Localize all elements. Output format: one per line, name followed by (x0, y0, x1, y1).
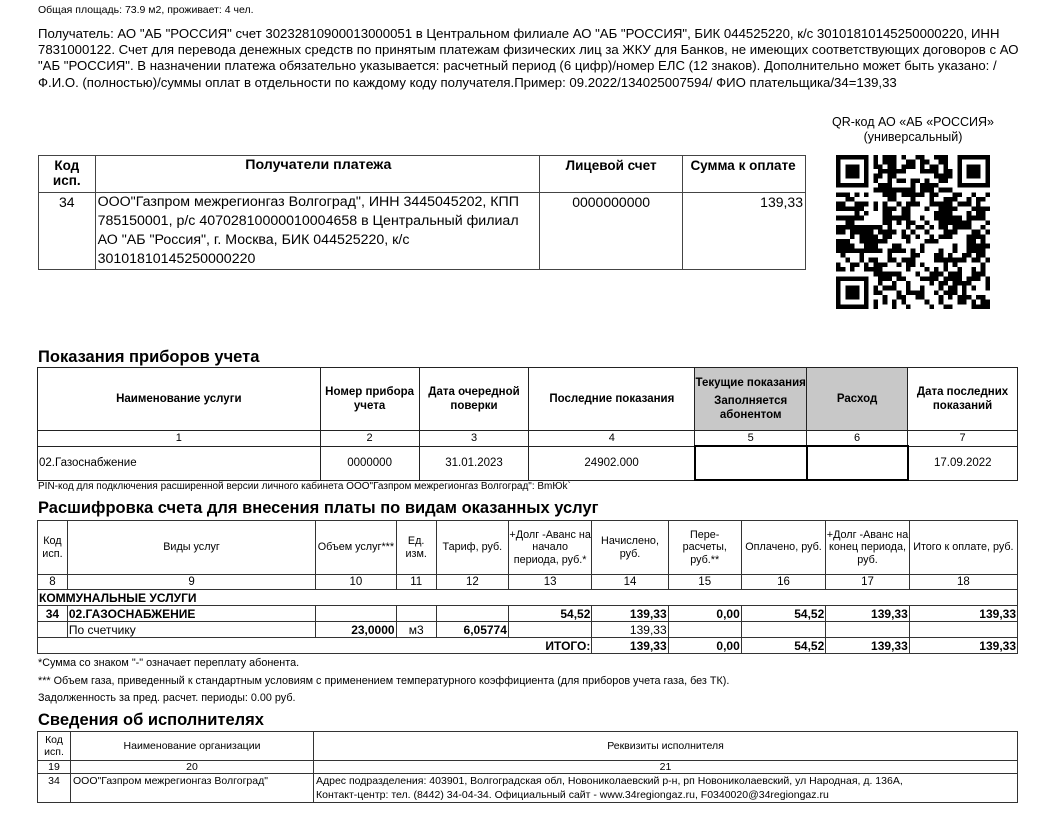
column-header: Оплачено, руб. (741, 521, 826, 575)
column-number: 16 (741, 575, 826, 590)
total-charged: 139,33 (592, 638, 668, 654)
meter-row-charged: 139,33 (592, 622, 668, 638)
svc-total: 139,33 (909, 606, 1017, 622)
column-number: 19 (38, 761, 71, 774)
column-header: Пере-расчеты, руб.** (668, 521, 741, 575)
exec-details: Адрес подразделения: 403901, Волгоградск… (314, 774, 1018, 803)
column-number: 7 (908, 431, 1018, 447)
recipient-details: ООО"Газпром межрегионгаз Волгоград", ИНН… (95, 193, 540, 270)
exec-address: Адрес подразделения: 403901, Волгоградск… (316, 774, 1017, 788)
column-header: +Долг -Аванс на начало периода, руб.* (508, 521, 591, 575)
total-label: ИТОГО: (38, 638, 592, 654)
meter-next-check: 31.01.2023 (419, 446, 529, 480)
header-account: Лицевой счет (540, 156, 683, 193)
column-header: Тариф, руб. (436, 521, 508, 575)
column-header: Виды услуг (67, 521, 315, 575)
table-row: 02.Газоснабжение 0000000 31.01.2023 2490… (38, 446, 1018, 480)
note-overpayment: *Сумма со знаком "-" означает переплату … (38, 657, 299, 669)
total-debt-end: 139,33 (826, 638, 909, 654)
table-row: 34 ООО"Газпром межрегионгаз Волгоград" А… (38, 774, 1018, 803)
total-recalc: 0,00 (668, 638, 741, 654)
meter-row-tariff: 6,05774 (436, 622, 508, 638)
meter-last-date: 17.09.2022 (908, 446, 1018, 480)
header-meter-no: Номер прибора учета (320, 368, 419, 431)
meter-row-volume: 23,0000 (316, 622, 396, 638)
svc-name: 02.ГАЗОСНАБЖЕНИЕ (67, 606, 315, 622)
svc-recalc: 0,00 (668, 606, 741, 622)
svc-debt-start: 54,52 (508, 606, 591, 622)
executors-title: Сведения об исполнителях (38, 711, 264, 730)
executors-table: Код исп. Наименование организации Реквиз… (37, 731, 1018, 803)
header-code: Код исп. (39, 156, 96, 193)
meter-row-unit: м3 (396, 622, 436, 638)
column-number: 17 (826, 575, 909, 590)
exec-contacts: Контакт-центр: тел. (8442) 34-04-34. Офи… (316, 788, 1017, 802)
table-row: По счетчику 23,0000 м3 6,05774 139,33 (38, 622, 1018, 638)
svc-tariff (436, 606, 508, 622)
svc-debt-end: 139,33 (826, 606, 909, 622)
column-number: 3 (419, 431, 529, 447)
area-info: Общая площадь: 73.9 м2, проживает: 4 чел… (38, 4, 254, 16)
recipients-table: Код исп. Получатели платежа Лицевой счет… (38, 155, 806, 270)
header-consumption: Расход (807, 368, 908, 431)
column-header: +Долг -Аванс на конец периода, руб. (826, 521, 909, 575)
header-details: Реквизиты исполнителя (314, 732, 1018, 761)
note-gas-volume: *** Объем газа, приведенный к стандартны… (38, 675, 729, 687)
amount-due: 139,33 (683, 193, 806, 270)
bank-recipient-info: Получатель: АО "АБ "РОССИЯ" счет 3023281… (38, 26, 1028, 91)
recipient-code: 34 (39, 193, 96, 270)
meter-row-code (38, 622, 68, 638)
header-last-reading: Последние показания (529, 368, 695, 431)
header-last-date: Дата последних показаний (908, 368, 1018, 431)
column-number: 1 (38, 431, 321, 447)
column-number: 14 (592, 575, 668, 590)
header-service: Наименование услуги (38, 368, 321, 431)
meters-title: Показания приборов учета (38, 348, 259, 367)
column-number: 18 (909, 575, 1017, 590)
meter-row-total (909, 622, 1017, 638)
svc-paid: 54,52 (741, 606, 826, 622)
total-to-pay: 139,33 (909, 638, 1017, 654)
breakdown-title: Расшифровка счета для внесения платы по … (38, 499, 598, 518)
column-number: 12 (436, 575, 508, 590)
exec-org: ООО"Газпром межрегионгаз Волгоград" (71, 774, 314, 803)
column-number: 6 (807, 431, 908, 447)
meters-table: Наименование услуги Номер прибора учета … (37, 367, 1018, 481)
column-number: 15 (668, 575, 741, 590)
personal-account: 0000000000 (540, 193, 683, 270)
meter-row-recalc (668, 622, 741, 638)
meter-row-name: По счетчику (67, 622, 315, 638)
svc-charged: 139,33 (592, 606, 668, 622)
column-header: Итого к оплате, руб. (909, 521, 1017, 575)
column-header: Начислено, руб. (592, 521, 668, 575)
header-recipients: Получатели платежа (95, 156, 540, 193)
meter-service: 02.Газоснабжение (38, 446, 321, 480)
breakdown-table: Код исп.Виды услугОбъем услуг***Ед. изм.… (37, 520, 1018, 654)
total-row: ИТОГО: 139,33 0,00 54,52 139,33 139,33 (38, 638, 1018, 654)
meter-row-debt-start (508, 622, 591, 638)
group-label: КОММУНАЛЬНЫЕ УСЛУГИ (38, 590, 1018, 606)
header-current-hint: Заполняется абонентом (695, 394, 806, 422)
exec-code: 34 (38, 774, 71, 803)
svc-code: 34 (38, 606, 68, 622)
column-number: 5 (695, 431, 807, 447)
header-amount: Сумма к оплате (683, 156, 806, 193)
column-number: 9 (67, 575, 315, 590)
column-number: 4 (529, 431, 695, 447)
column-number: 11 (396, 575, 436, 590)
header-current-reading: Текущие показания Заполняется абонентом (695, 368, 807, 431)
column-number: 2 (320, 431, 419, 447)
note-prior-debt: Задолженность за пред. расчет. периоды: … (38, 692, 296, 704)
column-number: 8 (38, 575, 68, 590)
column-number: 21 (314, 761, 1018, 774)
consumption-field[interactable] (807, 446, 908, 480)
table-row: 34 02.ГАЗОСНАБЖЕНИЕ 54,52 139,33 0,00 54… (38, 606, 1018, 622)
svc-volume (316, 606, 396, 622)
header-exec-code: Код исп. (38, 732, 71, 761)
column-header: Код исп. (38, 521, 68, 575)
table-row: 34 ООО"Газпром межрегионгаз Волгоград", … (39, 193, 806, 270)
column-number: 20 (71, 761, 314, 774)
qr-caption: QR-код АО «АБ «РОССИЯ» (универсальный) (818, 115, 1008, 145)
column-number: 13 (508, 575, 591, 590)
header-org: Наименование организации (71, 732, 314, 761)
header-next-check: Дата очередной поверки (419, 368, 529, 431)
column-header: Объем услуг*** (316, 521, 396, 575)
pin-code-line: PIN-код для подключения расширенной верс… (38, 481, 571, 492)
header-current-title: Текущие показания (695, 376, 806, 390)
meter-row-paid (741, 622, 826, 638)
qr-code-icon (836, 155, 990, 309)
column-header: Ед. изм. (396, 521, 436, 575)
meter-number: 0000000 (320, 446, 419, 480)
total-paid: 54,52 (741, 638, 826, 654)
current-reading-field[interactable] (695, 446, 807, 480)
meter-last-reading: 24902.000 (529, 446, 695, 480)
group-row: КОММУНАЛЬНЫЕ УСЛУГИ (38, 590, 1018, 606)
column-number: 10 (316, 575, 396, 590)
svc-unit (396, 606, 436, 622)
qr-caption-title: QR-код АО «АБ «РОССИЯ» (818, 115, 1008, 130)
meter-row-debt-end (826, 622, 909, 638)
qr-caption-subtitle: (универсальный) (818, 130, 1008, 145)
